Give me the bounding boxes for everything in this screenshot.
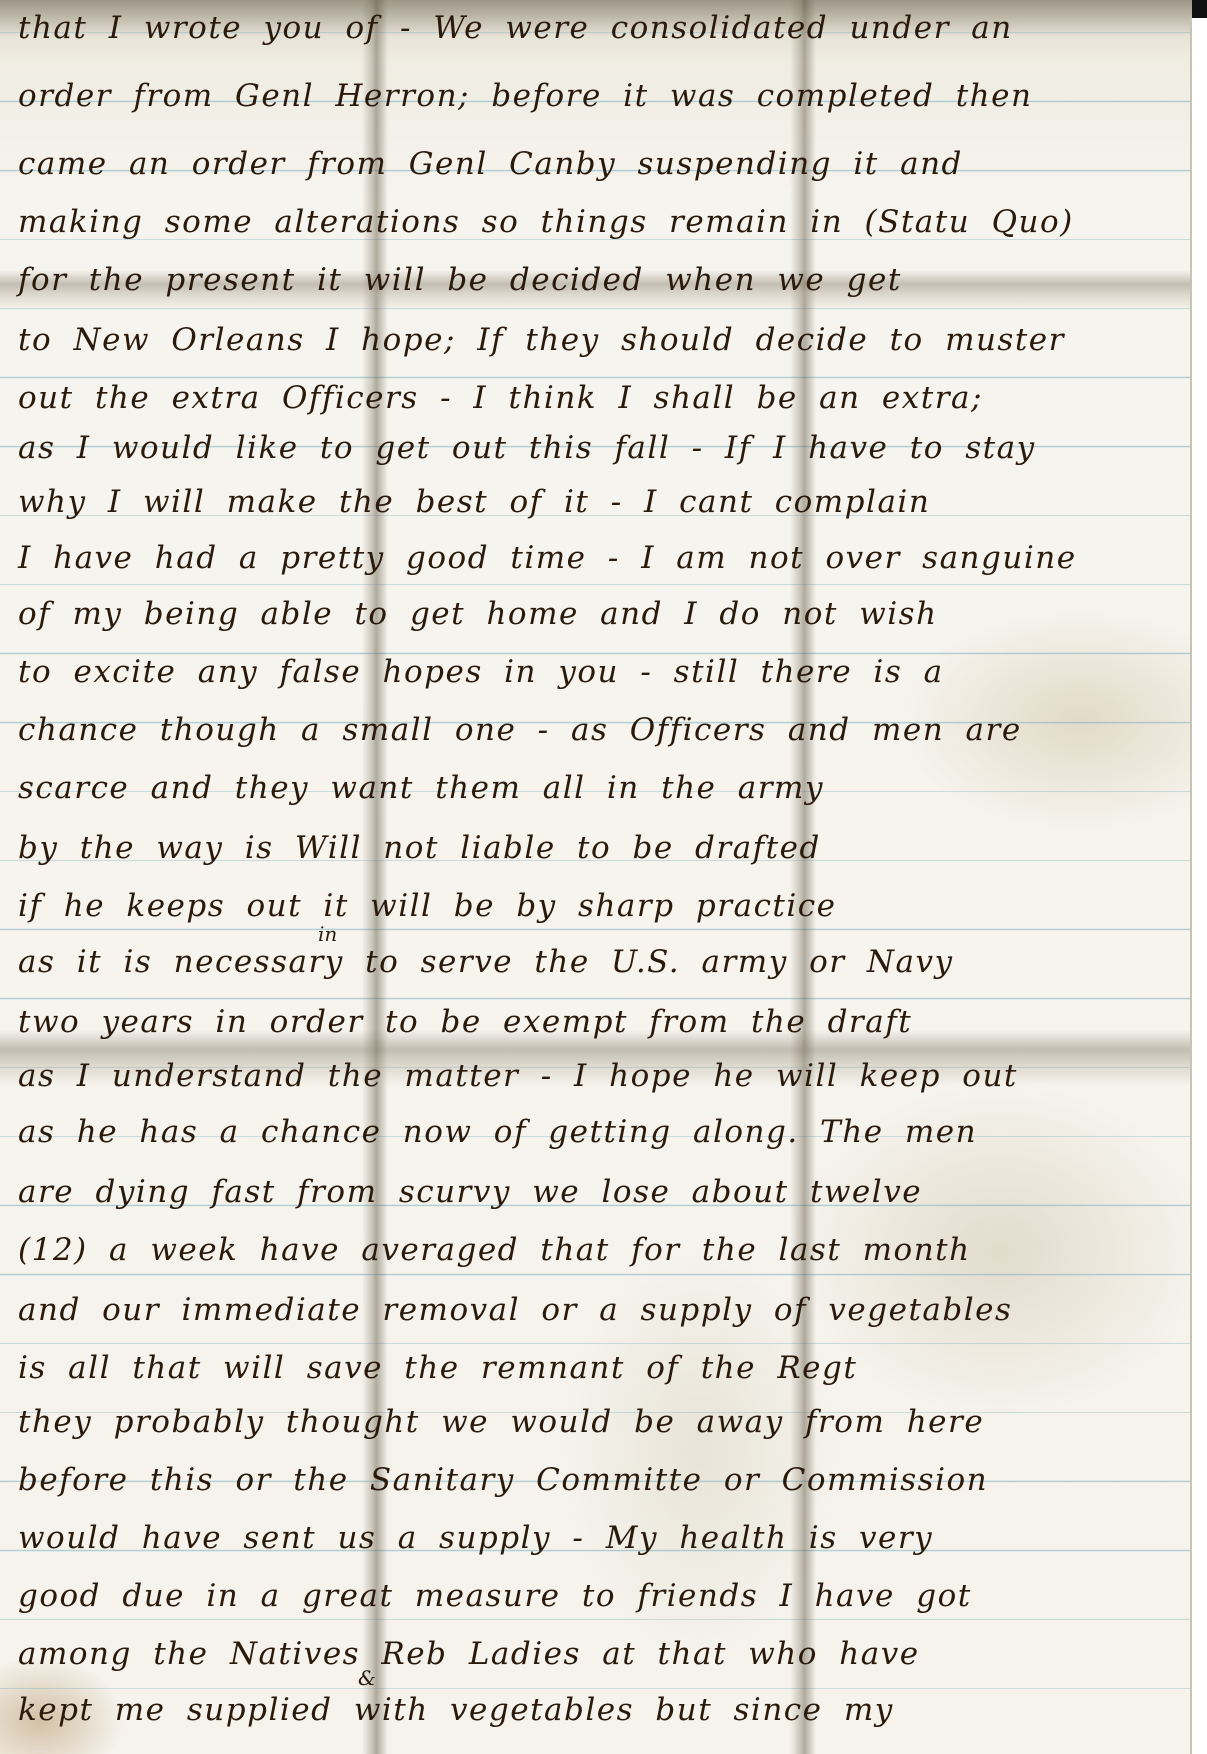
letter-line: (12) a week have averaged that for the l…	[18, 1232, 971, 1268]
letter-line: as he has a chance now of getting along.…	[18, 1114, 977, 1150]
letter-line: two years in order to be exempt from the…	[18, 1004, 912, 1040]
scan-edge	[1192, 0, 1207, 18]
letter-line: are dying fast from scurvy we lose about…	[18, 1174, 922, 1210]
letter-line: as it is necessary to serve the U.S. arm…	[18, 944, 954, 980]
letter-line: making some alterations so things remain…	[18, 204, 1074, 240]
letter-line: came an order from Genl Canby suspending…	[18, 146, 963, 182]
letter-line: as I would like to get out this fall - I…	[18, 430, 1036, 466]
letter-line: chance though a small one - as Officers …	[18, 712, 1022, 748]
letter-line: they probably thought we would be away f…	[18, 1404, 984, 1440]
letter-line: that I wrote you of - We were consolidat…	[18, 10, 1013, 46]
letter-page: that I wrote you of - We were consolidat…	[0, 0, 1192, 1754]
caret-insertion: in	[318, 922, 337, 946]
letter-line: order from Genl Herron; before it was co…	[18, 78, 1032, 114]
letter-line: scarce and they want them all in the arm…	[18, 770, 824, 806]
letter-line: of my being able to get home and I do no…	[18, 596, 938, 632]
letter-line: and our immediate removal or a supply of…	[18, 1292, 1012, 1328]
letter-line: would have sent us a supply - My health …	[18, 1520, 933, 1556]
letter-line: to excite any false hopes in you - still…	[18, 654, 944, 690]
letter-line: by the way is Will not liable to be draf…	[18, 830, 821, 866]
letter-line: out the extra Officers - I think I shall…	[18, 380, 983, 416]
paper-edge	[1190, 18, 1192, 1754]
letter-line: for the present it will be decided when …	[18, 262, 902, 298]
letter-line: to New Orleans I hope; If they should de…	[18, 322, 1065, 358]
letter-line: is all that will save the remnant of the…	[18, 1350, 857, 1386]
letter-line: good due in a great measure to friends I…	[18, 1578, 972, 1614]
letter-line: if he keeps out it will be by sharp prac…	[18, 888, 837, 924]
letter-line: among the Natives Reb Ladies at that who…	[18, 1636, 920, 1672]
letter-line: as I understand the matter - I hope he w…	[18, 1058, 1018, 1094]
letter-line: kept me supplied with vegetables but sin…	[18, 1692, 894, 1728]
letter-line: before this or the Sanitary Committe or …	[18, 1462, 988, 1498]
letter-line: I have had a pretty good time - I am not…	[18, 540, 1077, 576]
letter-line: why I will make the best of it - I cant …	[18, 484, 930, 520]
caret-insertion: &	[358, 1666, 376, 1690]
